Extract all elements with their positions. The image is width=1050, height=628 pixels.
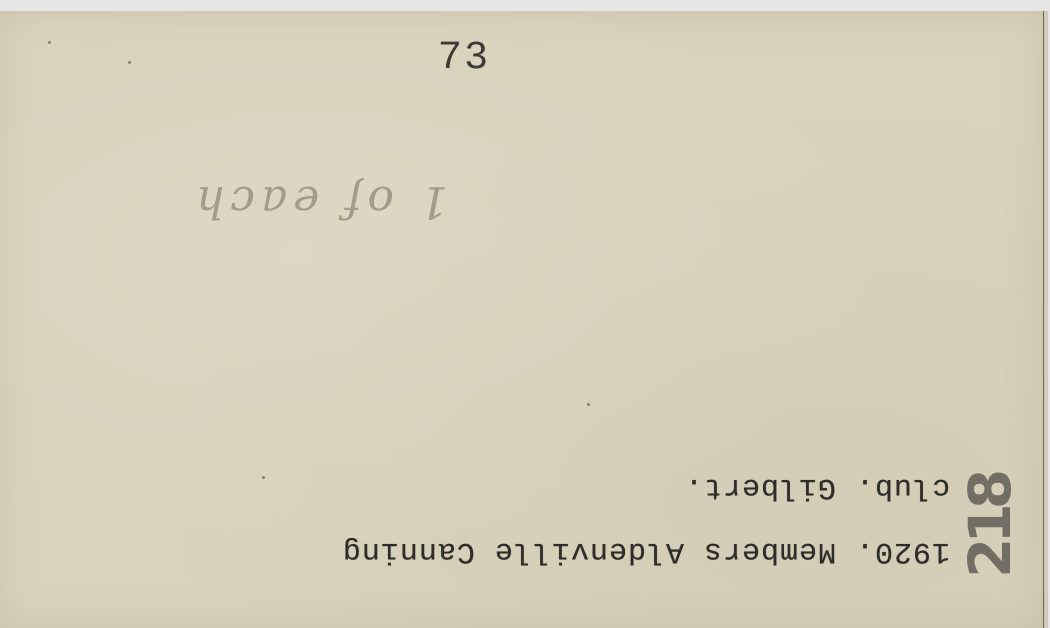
faint-pencil-note: 1 of each	[190, 176, 448, 227]
typed-caption: 1920. Members Aldenville Canning club. G…	[150, 443, 950, 583]
photo-card-back: 73 1 of each 218 1920. Members Aldenvill…	[0, 11, 1045, 628]
typed-caption-line-2: club. Gilbert.	[150, 455, 950, 519]
paper-speck	[262, 476, 265, 479]
typed-caption-line-1: 1920. Members Aldenville Canning	[150, 519, 950, 583]
paper-speck	[587, 403, 590, 406]
paper-speck	[128, 61, 131, 64]
scanned-document: 73 1 of each 218 1920. Members Aldenvill…	[0, 0, 1050, 628]
handwritten-page-number: 73	[439, 35, 492, 78]
handwritten-catalog-number: 218	[955, 451, 1025, 601]
paper-speck	[48, 41, 51, 44]
